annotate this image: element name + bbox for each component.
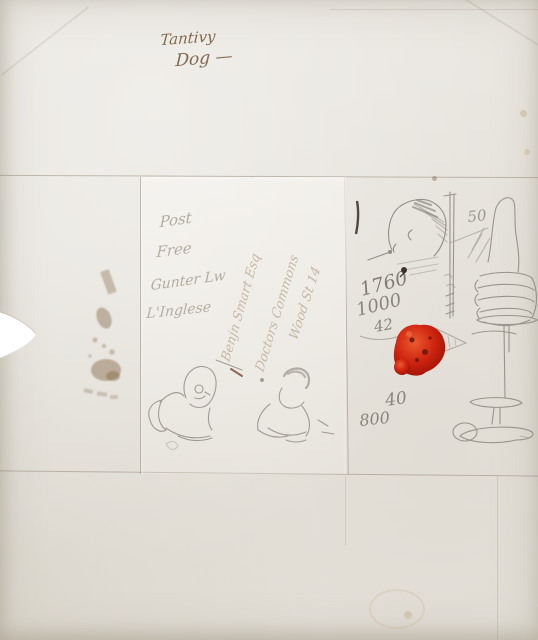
goblet-sketch: 50 <box>444 192 537 443</box>
head-sketch <box>368 199 447 275</box>
ink-dash <box>356 201 358 234</box>
figure-50: 50 <box>467 206 488 226</box>
stain-spot-3 <box>432 176 437 181</box>
pencil-sum: 1760 1000 42 <box>354 267 410 340</box>
sketch-layer: 1760 1000 42 40 800 <box>0 0 538 640</box>
figure-800: 800 <box>358 408 390 430</box>
caricature-sketches <box>149 360 334 450</box>
stain-spot-1 <box>520 110 527 117</box>
stain-ring-bottom-right <box>369 589 425 629</box>
postmark-icon <box>84 269 121 399</box>
stain-dot-bottom-right <box>404 611 412 619</box>
sum-42: 42 <box>372 315 395 336</box>
letter-scan: Tantivy Dog — Post Free Gunter Lw L'Ingl… <box>0 0 538 640</box>
stain-spot-2 <box>524 149 530 155</box>
